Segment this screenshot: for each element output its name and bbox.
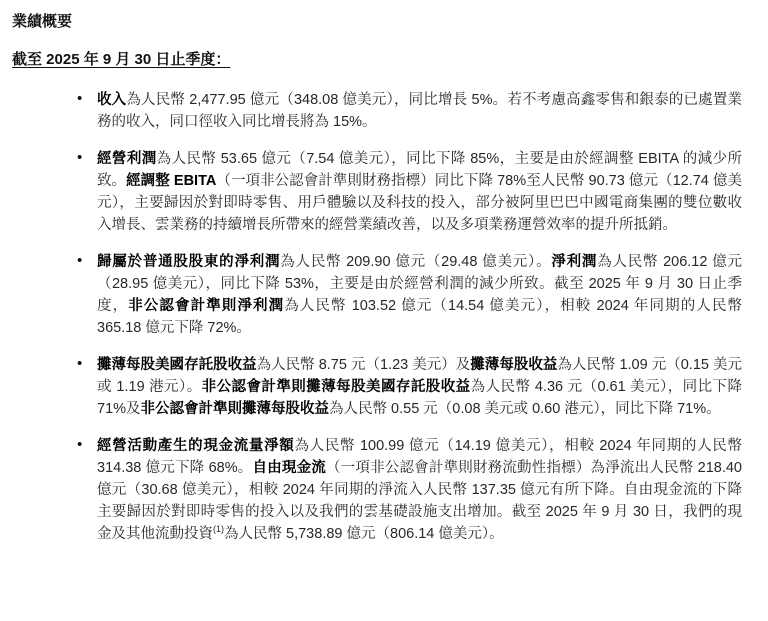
key-term: 自由現金流: [253, 460, 326, 476]
key-term: 非公認會計準則攤薄每股美國存託股收益: [202, 379, 471, 395]
bullet-icon: •: [77, 88, 82, 110]
bullet-icon: •: [77, 434, 82, 456]
list-item: • 收入為人民幣 2,477.95 億元（348.08 億美元），同比增長 5%…: [76, 89, 742, 133]
key-term: 經調整 EBITA: [126, 173, 216, 189]
bullet-icon: •: [77, 353, 82, 375]
bullet-text: 經營利潤為人民幣 53.65 億元（7.54 億美元），同比下降 85%，主要是…: [97, 151, 742, 233]
list-item: • 經營利潤為人民幣 53.65 億元（7.54 億美元），同比下降 85%，主…: [76, 148, 742, 236]
key-term: 經營利潤: [97, 151, 157, 167]
list-item: • 歸屬於普通股股東的淨利潤為人民幣 209.90 億元（29.48 億美元）。…: [76, 251, 742, 339]
bullet-icon: •: [77, 250, 82, 272]
page-title: 業績概要: [12, 10, 742, 31]
list-item: • 攤薄每股美國存託股收益為人民幣 8.75 元（1.23 美元）及攤薄每股收益…: [76, 354, 742, 420]
key-term: 歸屬於普通股股東的淨利潤: [97, 254, 280, 270]
key-term: 攤薄每股收益: [470, 357, 557, 373]
bullet-icon: •: [77, 147, 82, 169]
document-page: 業績概要 截至 2025 年 9 月 30 日止季度： • 收入為人民幣 2,4…: [0, 0, 768, 621]
body-text: 為人民幣 2,477.95 億元（348.08 億美元），同比增長 5%。若不考…: [97, 92, 742, 130]
bullet-text: 收入為人民幣 2,477.95 億元（348.08 億美元），同比增長 5%。若…: [97, 92, 742, 130]
key-term: 非公認會計準則淨利潤: [128, 298, 284, 314]
key-term: 非公認會計準則攤薄每股收益: [141, 401, 330, 417]
key-term: 收入: [97, 92, 126, 108]
bullet-text: 經營活動產生的現金流量淨額為人民幣 100.99 億元（14.19 億美元），相…: [97, 438, 742, 542]
bullet-text: 攤薄每股美國存託股收益為人民幣 8.75 元（1.23 美元）及攤薄每股收益為人…: [97, 357, 742, 417]
key-term: 淨利潤: [551, 254, 597, 270]
body-text: 為人民幣 5,738.89 億元（806.14 億美元）。: [224, 526, 504, 542]
footnote-marker: (1): [213, 524, 224, 534]
section-subtitle: 截至 2025 年 9 月 30 日止季度：: [12, 48, 230, 69]
bullet-list: • 收入為人民幣 2,477.95 億元（348.08 億美元），同比增長 5%…: [76, 89, 742, 545]
bullet-text: 歸屬於普通股股東的淨利潤為人民幣 209.90 億元（29.48 億美元）。淨利…: [97, 254, 742, 336]
list-item: • 經營活動產生的現金流量淨額為人民幣 100.99 億元（14.19 億美元）…: [76, 435, 742, 545]
body-text: 為人民幣 209.90 億元（29.48 億美元）。: [280, 254, 551, 270]
body-text: 為人民幣 8.75 元（1.23 美元）及: [257, 357, 471, 373]
body-text: 為人民幣 0.55 元（0.08 美元或 0.60 港元），同比下降 71%。: [329, 401, 721, 417]
key-term: 經營活動產生的現金流量淨額: [97, 438, 294, 454]
key-term: 攤薄每股美國存託股收益: [97, 357, 257, 373]
